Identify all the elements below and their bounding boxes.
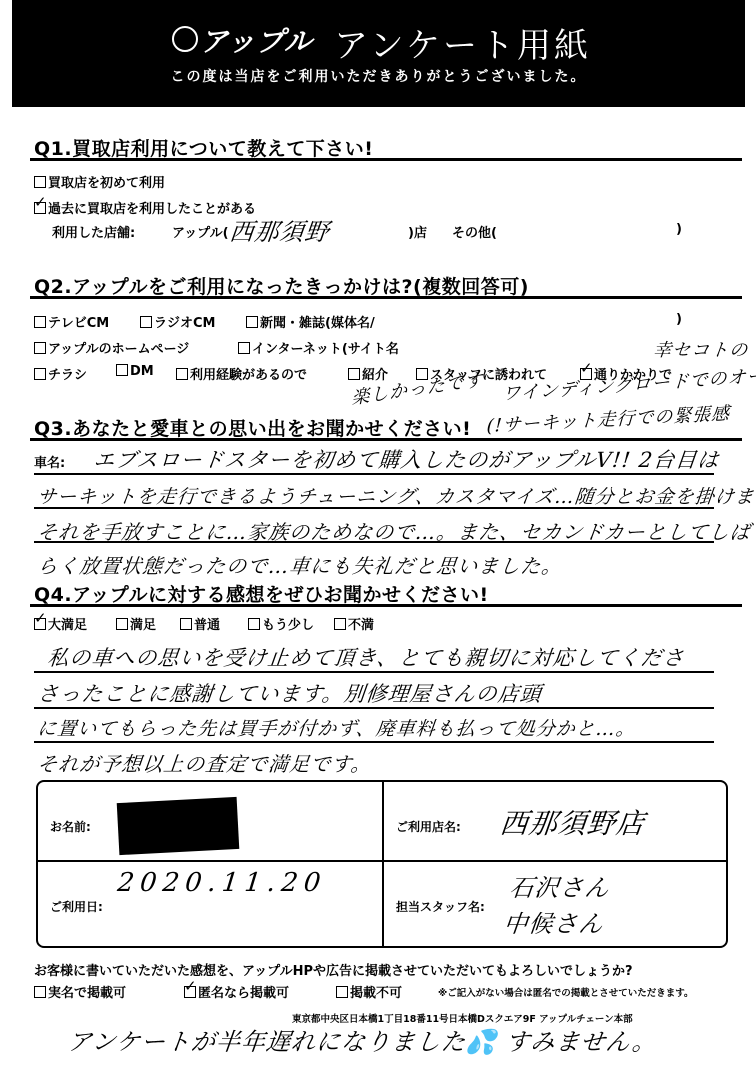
footer-handwritten-note: アンケートが半年遅れになりました💦 すみません。 <box>66 1022 659 1057</box>
q4-line-2: さったことに感謝しています。別修理屋さんの店頭 <box>36 678 543 708</box>
checkbox[interactable] <box>34 316 46 328</box>
q2-option-homepage[interactable]: アップルのホームページ <box>34 338 189 357</box>
q2-option-internet[interactable]: インターネット(サイト名 <box>238 338 399 357</box>
q4-option-dissatisfied[interactable]: 不満 <box>334 614 374 633</box>
survey-header: アップル アンケート用紙 この度は当店をご利用いただきありがとうございました。 <box>12 0 745 107</box>
q4-writing-line <box>34 741 714 743</box>
q2-option-tv[interactable]: テレビCM <box>34 312 109 331</box>
survey-title: アンケート用紙 <box>334 18 591 67</box>
q3-line-1: エブスロードスターを初めて購入したのがアップルV!! 2台目は <box>92 444 721 474</box>
consent-note: ※ご記入がない場合は匿名での掲載とさせていただきます。 <box>438 985 693 999</box>
q2-heading: Q2.アップルをご利用になったきっかけは?(複数回答可) <box>34 272 529 299</box>
q4-option-very-satisfied[interactable]: 大満足 <box>34 614 87 633</box>
consent-question: お客様に書いていただいた感想を、アップルHPや広告に掲載させていただいてもよろし… <box>34 960 633 979</box>
checkbox[interactable] <box>334 618 346 630</box>
redacted-name <box>117 797 240 855</box>
q1-other-close: ) <box>676 222 682 237</box>
q1-store-handwritten: 西那須野 <box>228 212 332 247</box>
date-value: 2020.11.20 <box>116 868 328 898</box>
q4-heading: Q4.アップルに対する感想をぜひお聞かせください! <box>34 580 489 607</box>
divider <box>38 860 726 862</box>
checkbox-checked[interactable] <box>184 986 196 998</box>
q4-writing-line <box>34 707 714 709</box>
q3-handwritten-aside-3: (!サーキット走行での緊張感 <box>486 399 731 438</box>
q2-rule <box>30 296 742 299</box>
q4-option-satisfied[interactable]: 満足 <box>116 614 156 633</box>
date-label: ご利用日: <box>50 898 103 915</box>
consent-option-no[interactable]: 掲載不可 <box>336 982 402 1001</box>
q3-writing-line <box>34 507 714 509</box>
q2-option-experience[interactable]: 利用経験があるので <box>176 364 307 383</box>
checkbox[interactable] <box>116 364 128 376</box>
q3-writing-line <box>34 473 714 475</box>
q2-option-newspaper[interactable]: 新聞・雑誌(媒体名/ <box>246 312 375 331</box>
name-label: お名前: <box>50 818 91 835</box>
q1-other-label: その他( <box>452 222 497 241</box>
q1-store-label: 利用した店舗: <box>52 222 135 241</box>
q4-option-neutral[interactable]: 普通 <box>180 614 220 633</box>
consent-option-real-name[interactable]: 実名で掲載可 <box>34 982 126 1001</box>
q1-option-used-before[interactable]: 過去に買取店を利用したことがある <box>34 198 256 217</box>
q1-store-suffix: )店 <box>408 222 427 241</box>
q2-option-flyer[interactable]: チラシ <box>34 364 87 383</box>
q3-writing-line <box>34 541 714 543</box>
q2-handwritten-note: 幸セコトの <box>652 336 750 362</box>
checkbox[interactable] <box>34 368 46 380</box>
thanks-message: この度は当店をご利用いただきありがとうございました。 <box>12 66 745 86</box>
q4-line-3: に置いてもらった先は買手が付かず、廃車料も払って処分かと…。 <box>36 714 637 741</box>
apple-logo-icon <box>172 26 198 52</box>
q4-writing-line <box>34 671 714 673</box>
brand-name: アップル <box>200 20 313 60</box>
checkbox[interactable] <box>238 342 250 354</box>
q3-heading: Q3.あなたと愛車との思い出をお聞かせください! <box>34 414 471 441</box>
store-label: ご利用店名: <box>396 818 461 835</box>
q2-option-dm[interactable]: DM <box>116 364 154 379</box>
q3-rule <box>30 438 742 441</box>
checkbox[interactable] <box>34 986 46 998</box>
q3-line-2: サーキットを走行できるようチューニング、カスタマイズ…随分とお金を掛けました <box>36 482 756 509</box>
checkbox[interactable] <box>176 368 188 380</box>
checkbox[interactable] <box>34 176 46 188</box>
q2-option-radio[interactable]: ラジオCM <box>140 312 215 331</box>
q4-rule <box>30 604 742 607</box>
checkbox[interactable] <box>248 618 260 630</box>
q3-line-4: らく放置状態だったので…車にも失礼だと思いました。 <box>36 550 564 579</box>
staff-value-1: 石沢さん <box>508 868 612 903</box>
checkbox-checked[interactable] <box>34 618 46 630</box>
q2-row1-close: ) <box>676 312 682 327</box>
checkbox[interactable] <box>34 342 46 354</box>
q3-car-label: 車名: <box>34 452 65 471</box>
divider <box>382 782 384 946</box>
checkbox[interactable] <box>140 316 152 328</box>
q4-line-4: それが予想以上の査定で満足です。 <box>36 748 373 777</box>
q1-option-first-time[interactable]: 買取店を初めて利用 <box>34 172 165 191</box>
q4-line-1: 私の車への思いを受け止めて頂き、とても親切に対応してくださ <box>46 642 686 672</box>
q1-rule <box>30 158 742 161</box>
consent-option-anonymous[interactable]: 匿名なら掲載可 <box>184 982 289 1001</box>
checkbox[interactable] <box>246 316 258 328</box>
checkbox[interactable] <box>336 986 348 998</box>
checkbox[interactable] <box>180 618 192 630</box>
customer-info-box: お名前: ご利用店名: 西那須野店 ご利用日: 2020.11.20 担当スタッ… <box>36 780 728 948</box>
staff-value-2: 中候さん <box>502 904 606 939</box>
staff-label: 担当スタッフ名: <box>396 898 485 915</box>
checkbox[interactable] <box>348 368 360 380</box>
q1-heading: Q1.買取店利用について教えて下さい! <box>34 134 373 161</box>
q1-store-prefix: アップル( <box>172 222 229 241</box>
checkbox-checked[interactable] <box>34 202 46 214</box>
q4-option-somewhat[interactable]: もう少し <box>248 614 314 633</box>
checkbox[interactable] <box>116 618 128 630</box>
store-value: 西那須野店 <box>498 802 647 842</box>
